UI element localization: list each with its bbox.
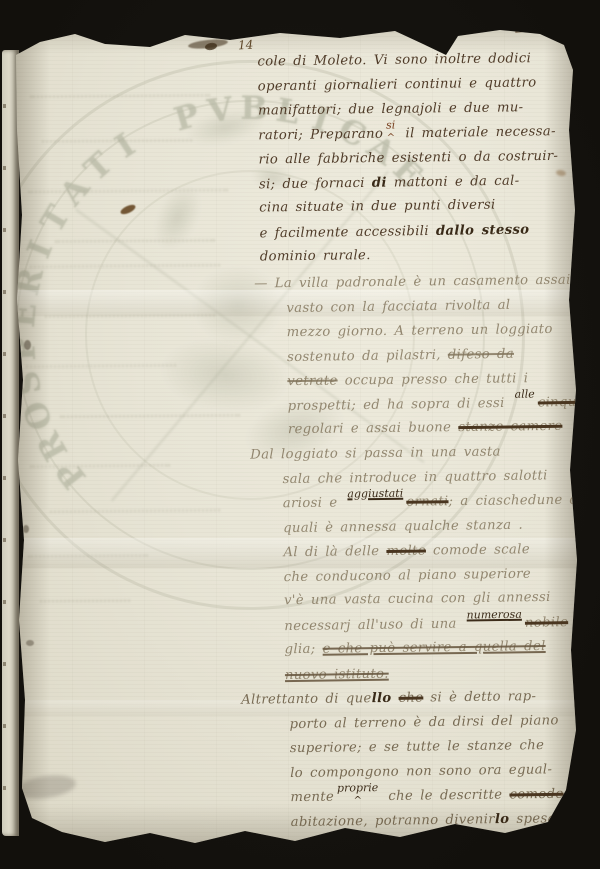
paragraph: — La villa padronale è un casamento assa…	[286, 269, 585, 443]
text-segment: occupa presso che tutti i	[338, 371, 529, 388]
manuscript-line: sala che introduce in quattro salotti	[282, 464, 600, 493]
struck-text: ornati	[406, 494, 448, 510]
manuscript: cole di Moleto. Vi sono inoltre dodiciop…	[0, 0, 600, 869]
text-segment: prospetti; ed ha sopra di essi	[288, 396, 512, 414]
manuscript-line: necessarj all'uso di una numerosanobile …	[284, 610, 600, 639]
text-segment: quali è annessa qualche stanza .	[283, 518, 523, 536]
inserted-correction: numerosa	[466, 602, 522, 627]
text-segment: Altrettanto di que	[241, 691, 372, 708]
manuscript-line: cole di Moleto. Vi sono inoltre dodici	[257, 47, 557, 75]
text-segment: glia;	[285, 642, 323, 657]
text-segment: cole di Moleto. Vi sono inoltre dodici	[257, 51, 531, 69]
manuscript-line: abitazione, potranno divenirlo spesa	[291, 807, 593, 836]
struck-text: stanze camere	[458, 419, 562, 435]
manuscript-page: PROSPERITATIPVBLICAE 14 15 14 cole di Mo…	[0, 0, 600, 869]
manuscript-line: ratori; Preparanosi il materiale necessa…	[258, 120, 558, 149]
text-segment: che conducono al piano superiore	[284, 567, 531, 586]
manuscript-line: vetrate occupa presso che tutti i	[287, 366, 584, 394]
text-segment: dominio rurale.	[260, 248, 371, 264]
text-segment: si; due fornaci	[259, 176, 372, 193]
text-segment: di	[372, 176, 387, 191]
manuscript-line: rio alle fabbriche esistenti o da costru…	[258, 144, 558, 172]
text-segment: e facilmente accessibili	[259, 224, 436, 242]
text-segment: vasto con la facciata rivolta al	[286, 298, 510, 316]
previous-page-edge	[2, 50, 19, 836]
scan-background: PROSPERITATIPVBLICAE 14 15 14 cole di Mo…	[0, 0, 600, 869]
text-segment: si è detto rap-	[423, 689, 536, 705]
struck-text: che	[398, 691, 423, 706]
paragraph: Dal loggiato si passa in una vastasala c…	[282, 439, 600, 687]
struck-text: vetrate	[287, 373, 337, 389]
text-segment: lo compongono non sono ora egual-	[290, 762, 552, 781]
manuscript-line: superiore; e se tutte le stanze che	[290, 733, 592, 761]
manuscript-line: lo compongono non sono ora egual-	[290, 758, 592, 787]
manuscript-line: operanti giornalieri continui e quattro	[258, 72, 558, 101]
text-segment: lo	[495, 812, 510, 827]
manuscript-line: si; due fornaci di mattoni e da cal-	[259, 169, 559, 198]
text-segment: dallo stesso	[436, 222, 530, 238]
text-segment: mezzo giorno. A terreno un loggiato	[287, 322, 553, 340]
text-segment: fami-	[568, 614, 600, 630]
paragraph: cole di Moleto. Vi sono inoltre dodiciop…	[257, 47, 559, 270]
manuscript-line: quali è annessa qualche stanza .	[283, 513, 600, 542]
manuscript-line: che conducono al piano superiore	[284, 561, 600, 590]
paragraph: Altrettanto di quello che si è detto rap…	[289, 684, 592, 834]
struck-text: nuovo istituto.	[285, 666, 389, 682]
manuscript-line: dominio rurale.	[260, 242, 560, 270]
text-segment: superiore; e se tutte le stanze che	[290, 738, 545, 756]
manuscript-line: e facilmente accessibili dallo stesso	[259, 218, 559, 247]
struck-text: nobile	[525, 615, 568, 631]
text-segment: ariosi e	[283, 495, 345, 511]
manuscript-line: porto al terreno è da dirsi del piano	[289, 709, 591, 738]
manuscript-line: regolari e assai buone stanze camere	[288, 415, 585, 443]
text-segment: porto al terreno è da dirsi del piano	[289, 714, 558, 733]
struck-text: cinque	[538, 395, 585, 411]
struck-text: difeso da	[448, 347, 514, 363]
text-segment: Dal loggiato si passa in una vasta	[250, 445, 501, 463]
text-segment: necessarj all'uso di una	[284, 616, 464, 634]
manuscript-line: sostenuto da pilastri, difeso da	[287, 342, 584, 371]
inserted-correction: proprie	[337, 776, 379, 801]
struck-text: e che può servire a quella del	[323, 639, 546, 657]
text-segment: comode scale	[426, 542, 530, 558]
text-segment: operanti giornalieri continui e quattro	[258, 76, 537, 95]
text-segment: — La villa padronale è un casamento assa…	[254, 273, 571, 292]
text-segment: mattoni e da cal-	[387, 174, 520, 191]
manuscript-line: Al di là delle molte comode scale	[283, 537, 600, 565]
text-segment: abitazione, potranno divenir	[291, 812, 495, 830]
inserted-correction: aggiustati	[347, 482, 403, 507]
manuscript-line: menteproprie che le descritte comode all…	[290, 782, 592, 810]
page-number-verso: 14	[411, 23, 429, 39]
struck-text: molte	[386, 543, 426, 558]
manuscript-line: cina situate in due punti diversi	[259, 193, 559, 221]
text-segment: ; a ciaschedune dei	[448, 492, 591, 509]
text-segment: il materiale necessa-	[398, 124, 556, 141]
manuscript-line: nuovo istituto.	[285, 659, 600, 688]
manuscript-line: vasto con la facciata rivolta al	[286, 293, 583, 322]
manuscript-line: prospetti; ed ha sopra di essi allecinqu…	[287, 391, 584, 420]
inserted-correction: si	[386, 114, 396, 139]
text-segment: sala che introduce in quattro salotti	[282, 469, 547, 488]
manuscript-line: mezzo giorno. A terreno un loggiato	[287, 317, 584, 345]
manuscript-line: ariosi e aggiustatiornati; a ciaschedune…	[283, 488, 600, 516]
text-segment: Al di là delle	[283, 544, 386, 560]
text-segment: cina situate in due punti diversi	[259, 198, 495, 216]
text-segment: che le descritte	[381, 787, 509, 804]
text-segment: regolari e assai buone	[288, 420, 459, 437]
text-segment: all'	[563, 786, 592, 801]
inserted-correction: alle	[514, 382, 534, 407]
text-segment: rio alle fabbriche esistenti o da costru…	[259, 148, 559, 167]
manuscript-line: manifattori; due legnajoli e due mu-	[258, 96, 558, 124]
text-segment: spesa	[509, 811, 556, 827]
text-segment: ratori; Preparano	[258, 127, 383, 144]
text-segment: mente	[290, 789, 334, 805]
text-segment: sostenuto da pilastri,	[287, 348, 448, 365]
text-segment: llo	[372, 691, 392, 706]
struck-text: comode	[509, 786, 563, 802]
